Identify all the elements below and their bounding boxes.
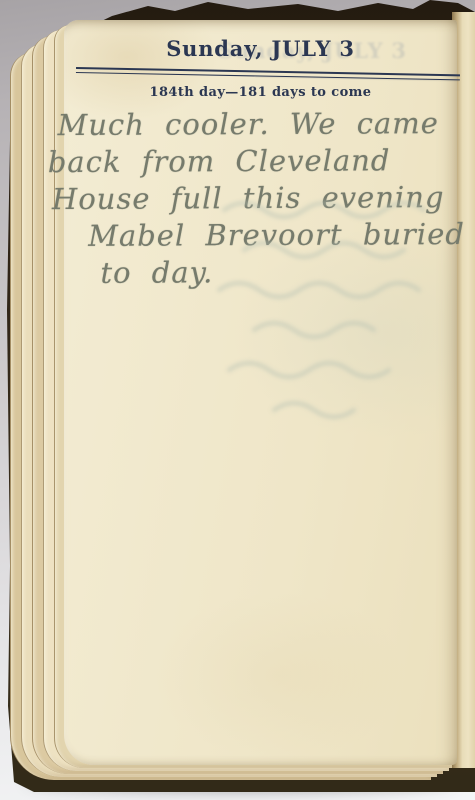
scanned-diary-photo: Sunday, JULY 3 Sunday, JULY 3 184th day—… <box>0 0 475 800</box>
bleed-through-marks <box>214 190 464 450</box>
entry-line: Much cooler. We came <box>58 105 475 144</box>
date-title: Sunday, JULY 3 <box>64 36 457 61</box>
day-count: 184th day—181 days to come <box>64 85 457 100</box>
diary-page: Sunday, JULY 3 Sunday, JULY 3 184th day—… <box>64 20 457 765</box>
entry-line: back from Cleveland <box>48 142 475 181</box>
